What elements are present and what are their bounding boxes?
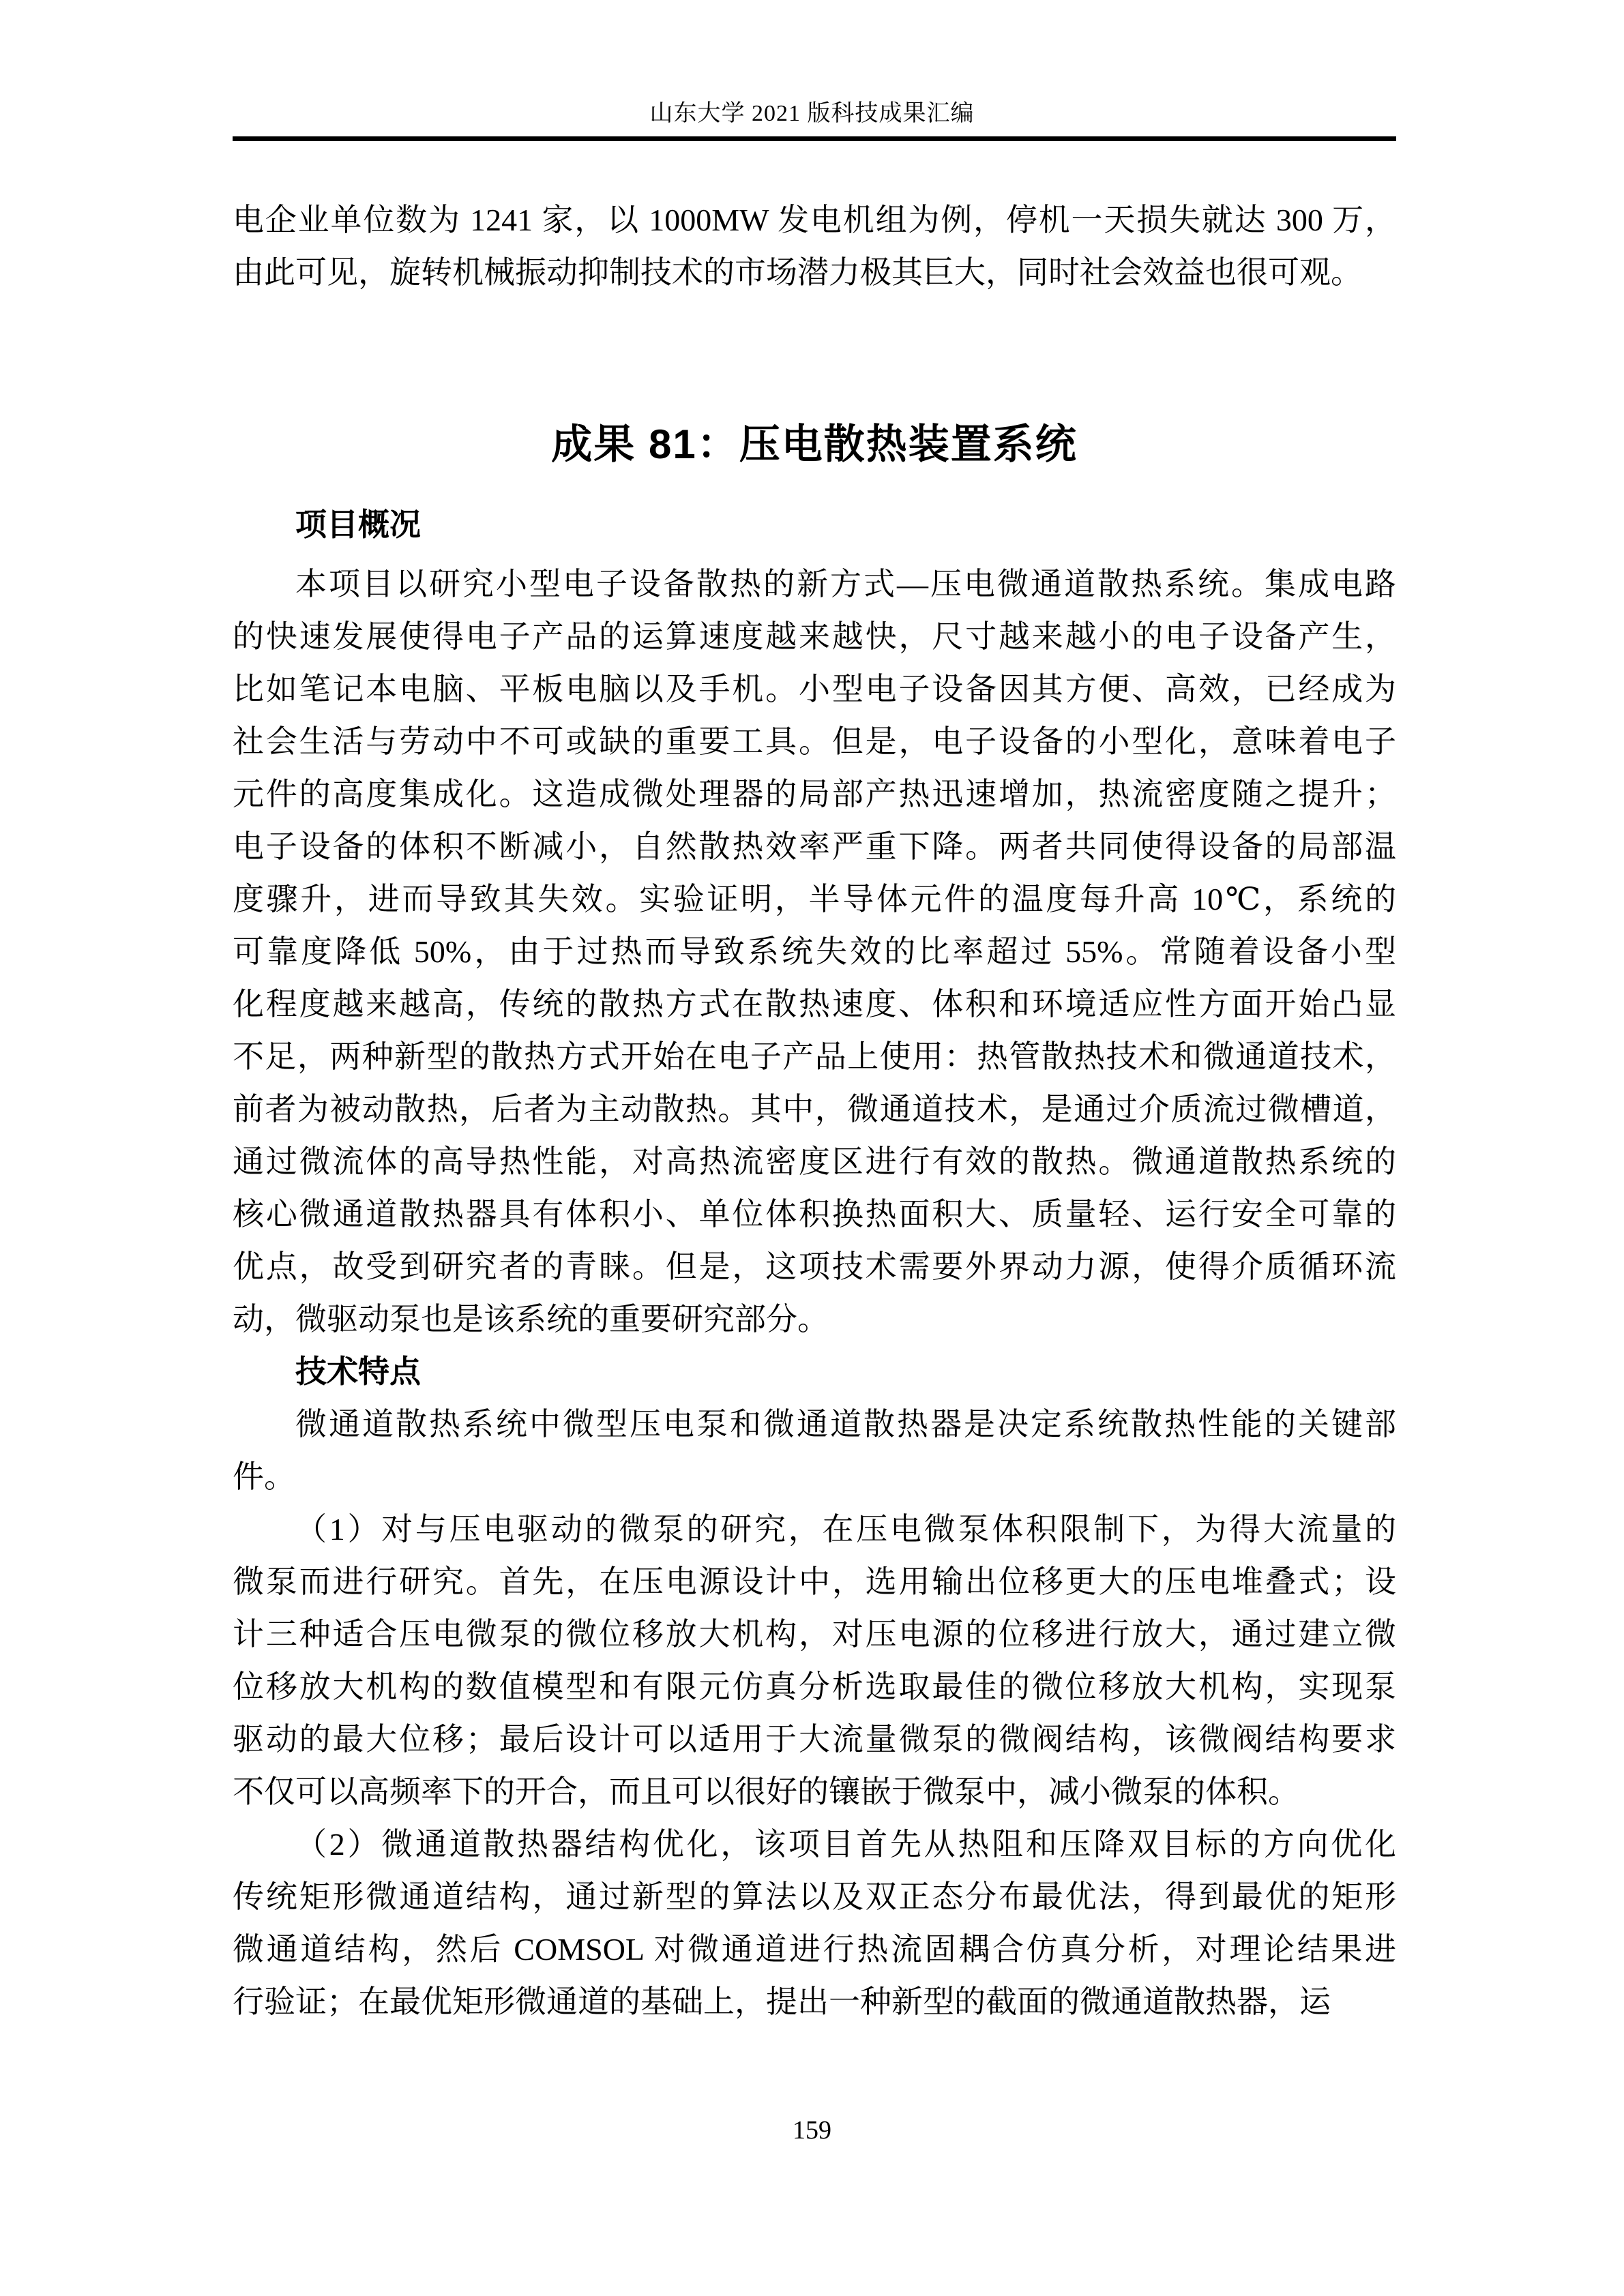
paragraph-line: 微通道结构，然后 COMSOL 对微通道进行热流固耦合仿真分析，对理论结果进 — [233, 1923, 1396, 1976]
paragraph-line: 核心微通道散热器具有体积小、单位体积换热面积大、质量轻、运行安全可靠的 — [233, 1188, 1396, 1240]
paragraph-line: 件。 — [233, 1450, 1396, 1503]
paragraph-line: 不足，两种新型的散热方式开始在电子产品上使用：热管散热技术和微通道技术， — [233, 1030, 1396, 1083]
page-body: 电企业单位数为 1241 家，以 1000MW 发电机组为例，停机一天损失就达 … — [233, 194, 1396, 2028]
paragraph-line: 可靠度降低 50%，由于过热而导致系统失效的比率超过 55%。常随着设备小型 — [233, 925, 1396, 978]
paragraph-line: 微泵而进行研究。首先，在压电源设计中，选用输出位移更大的压电堆叠式；设 — [233, 1555, 1396, 1608]
paragraph-line: 社会生活与劳动中不可或缺的重要工具。但是，电子设备的小型化，意味着电子 — [233, 715, 1396, 768]
paragraph-line: （1）对与压电驱动的微泵的研究，在压电微泵体积限制下，为得大流量的 — [233, 1503, 1396, 1555]
paragraph-line: 微通道散热系统中微型压电泵和微通道散热器是决定系统散热性能的关键部 — [233, 1398, 1396, 1450]
paragraph-line: 电企业单位数为 1241 家，以 1000MW 发电机组为例，停机一天损失就达 … — [233, 194, 1396, 246]
paragraph-line: 元件的高度集成化。这造成微处理器的局部产热迅速增加，热流密度随之提升； — [233, 768, 1396, 820]
document-page: 山东大学 2021 版科技成果汇编 电企业单位数为 1241 家，以 1000M… — [0, 0, 1624, 2296]
paragraph-line: 驱动的最大位移；最后设计可以适用于大流量微泵的微阀结构，该微阀结构要求 — [233, 1713, 1396, 1765]
section-heading-project-overview: 项目概况 — [233, 498, 1396, 551]
paragraph-line: 计三种适合压电微泵的微位移放大机构，对压电源的位移进行放大，通过建立微 — [233, 1608, 1396, 1660]
paragraph-line: 优点，故受到研究者的青睐。但是，这项技术需要外界动力源，使得介质循环流 — [233, 1240, 1396, 1293]
paragraph-line: 行验证；在最优矩形微通道的基础上，提出一种新型的截面的微通道散热器，运 — [233, 1976, 1396, 2028]
achievement-title: 成果 81：压电散热装置系统 — [233, 414, 1396, 475]
paragraph-line: （2）微通道散热器结构优化，该项目首先从热阻和压降双目标的方向优化 — [233, 1818, 1396, 1870]
paragraph-line: 前者为被动散热，后者为主动散热。其中，微通道技术，是通过介质流过微槽道， — [233, 1083, 1396, 1135]
paragraph-line: 的快速发展使得电子产品的运算速度越来越快，尺寸越来越小的电子设备产生， — [233, 610, 1396, 663]
paragraph-line: 电子设备的体积不断减小，自然散热效率严重下降。两者共同使得设备的局部温 — [233, 820, 1396, 873]
paragraph-line: 传统矩形微通道结构，通过新型的算法以及双正态分布最优法，得到最优的矩形 — [233, 1870, 1396, 1923]
header-rule — [233, 136, 1396, 141]
paragraph-line: 化程度越来越高，传统的散热方式在散热速度、体积和环境适应性方面开始凸显 — [233, 978, 1396, 1030]
paragraph-line: 由此可见，旋转机械振动抑制技术的市场潜力极其巨大，同时社会效益也很可观。 — [233, 246, 1396, 299]
paragraph-line: 本项目以研究小型电子设备散热的新方式—压电微通道散热系统。集成电路 — [233, 558, 1396, 610]
page-number: 159 — [0, 2115, 1624, 2145]
paragraph-line: 度骤升，进而导致其失效。实验证明，半导体元件的温度每升高 10℃，系统的 — [233, 873, 1396, 925]
paragraph-line: 动，微驱动泵也是该系统的重要研究部分。 — [233, 1293, 1396, 1345]
paragraph-line: 比如笔记本电脑、平板电脑以及手机。小型电子设备因其方便、高效，已经成为 — [233, 663, 1396, 715]
paragraph-line: 位移放大机构的数值模型和有限元仿真分析选取最佳的微位移放大机构，实现泵 — [233, 1660, 1396, 1713]
page-header: 山东大学 2021 版科技成果汇编 — [0, 94, 1624, 128]
section-heading-technical-features: 技术特点 — [233, 1345, 1396, 1398]
paragraph-line: 通过微流体的高导热性能，对高热流密度区进行有效的散热。微通道散热系统的 — [233, 1135, 1396, 1188]
paragraph-line: 不仅可以高频率下的开合，而且可以很好的镶嵌于微泵中，减小微泵的体积。 — [233, 1765, 1396, 1818]
